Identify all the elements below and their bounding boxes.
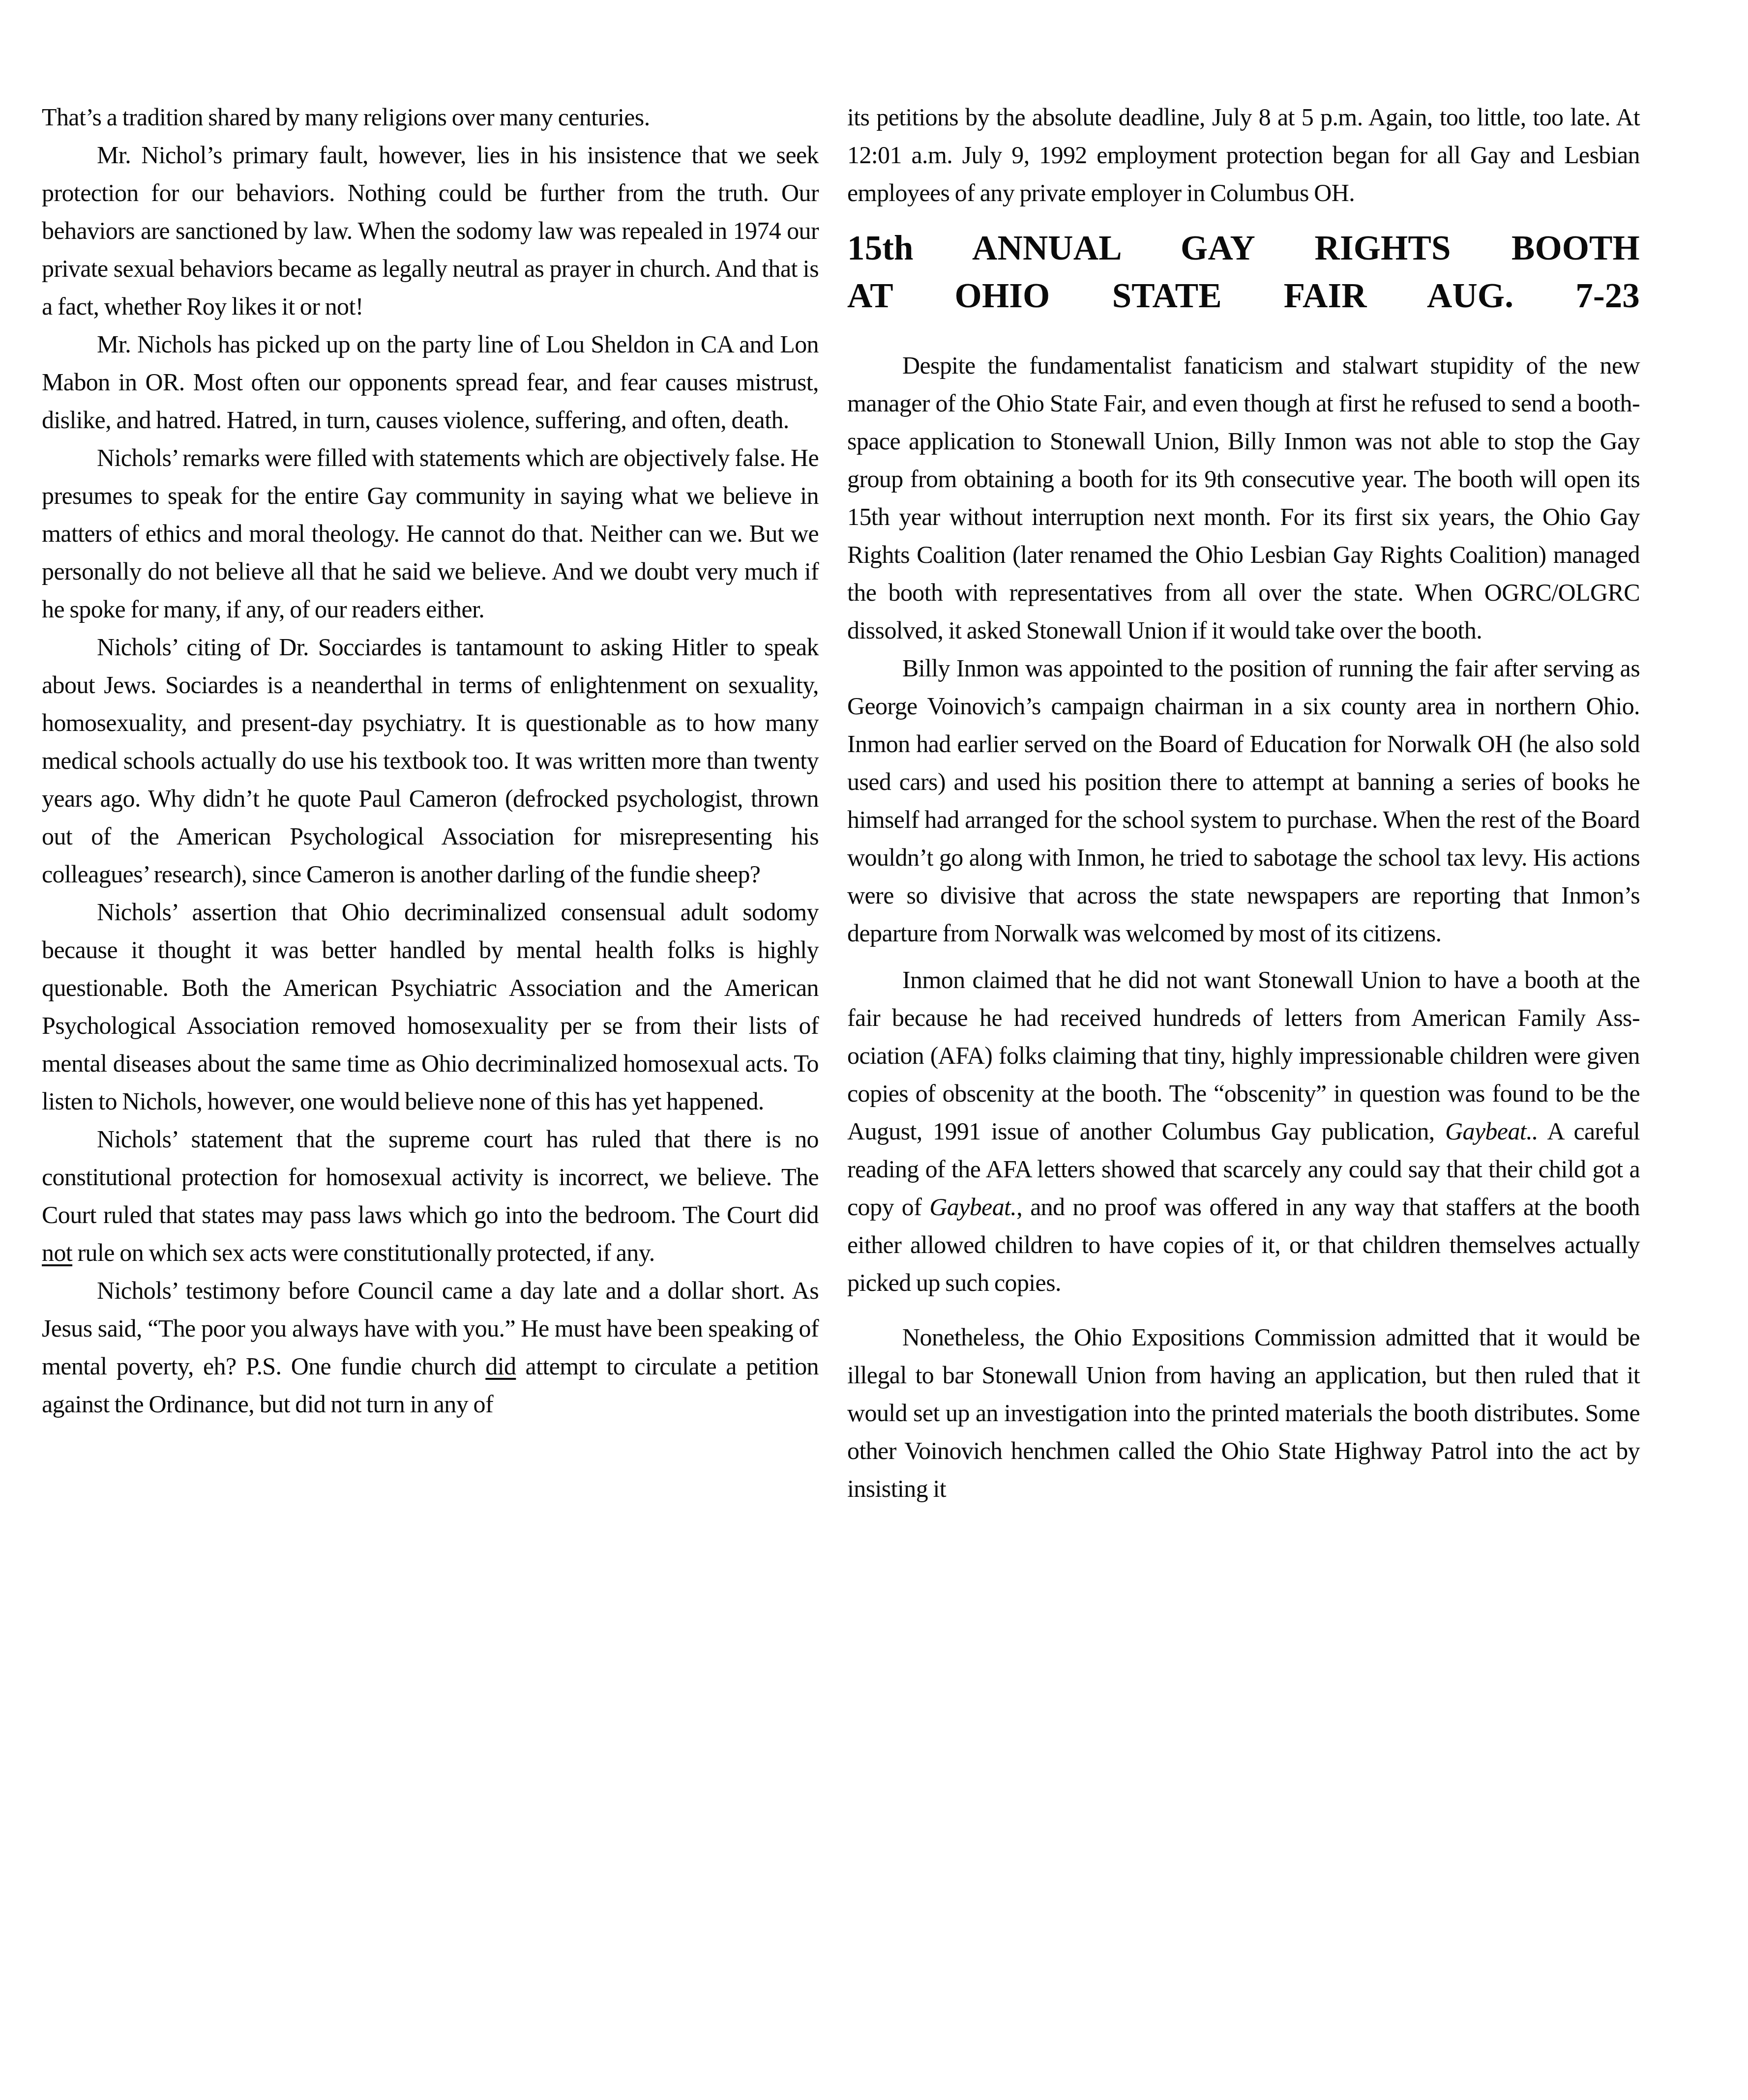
underlined-text: did: [485, 1352, 516, 1380]
paragraph: Nichols’ testimony before Council came a…: [42, 1272, 819, 1423]
text-segment: Billy Inmon was appointed to the positio…: [847, 654, 1640, 947]
paragraph: Mr. Nichol’s primary fault, however, lie…: [42, 136, 819, 325]
italic-title-text: Gaybeat.: [929, 1193, 1016, 1221]
paragraph: Despite the fundamentalist fanaticism an…: [847, 347, 1640, 649]
text-segment: Despite the fundamentalist fanaticism an…: [847, 351, 1640, 644]
section-heading: 15th ANNUAL GAY RIGHTS BOOTH AT OHIO STA…: [847, 225, 1640, 320]
right-column-top: its petitions by the absolute deadline, …: [847, 98, 1640, 212]
paragraph: Nichols’ statement that the supreme cour…: [42, 1120, 819, 1272]
heading-line-1: 15th ANNUAL GAY RIGHTS BOOTH: [847, 225, 1640, 272]
text-segment: Mr. Nichols has picked up on the party l…: [42, 330, 819, 434]
paragraph: Nonetheless, the Ohio Expositions Commis…: [847, 1318, 1640, 1508]
text-segment: That’s a tradition shared by many religi…: [42, 103, 650, 131]
italic-title-text: Gaybeat..: [1445, 1117, 1538, 1145]
right-column-bottom: Despite the fundamentalist fanaticism an…: [847, 347, 1640, 1508]
paragraph: Nichols’ remarks were filled with statem…: [42, 439, 819, 628]
paragraph: its petitions by the absolute deadline, …: [847, 98, 1640, 212]
article-body: That’s a tradition shared by many religi…: [42, 98, 1640, 1508]
document-page: That’s a tradition shared by many religi…: [0, 0, 1748, 2100]
text-segment: Nichols’ citing of Dr. Socciardes is tan…: [42, 633, 819, 888]
paragraph: Mr. Nichols has picked up on the party l…: [42, 325, 819, 439]
text-segment: Nonetheless, the Ohio Expositions Commis…: [847, 1323, 1640, 1502]
paragraph: Nichols’ assertion that Ohio decriminali…: [42, 893, 819, 1120]
paragraph: Nichols’ citing of Dr. Socciardes is tan…: [42, 628, 819, 893]
text-segment: its petitions by the absolute deadline, …: [847, 103, 1640, 206]
paragraph: Inmon claimed that he did not want Stone…: [847, 961, 1640, 1302]
text-segment: Mr. Nichol’s primary fault, however, lie…: [42, 141, 819, 320]
paragraph: Billy Inmon was appointed to the positio…: [847, 649, 1640, 952]
left-column: That’s a tradition shared by many religi…: [42, 98, 819, 1508]
paragraph: That’s a tradition shared by many religi…: [42, 98, 819, 136]
text-segment: Nichols’ statement that the supreme cour…: [42, 1125, 819, 1228]
text-segment: rule on which sex acts were constitution…: [72, 1239, 655, 1266]
text-segment: Nichols’ assertion that Ohio decriminali…: [42, 898, 819, 1115]
text-segment: Nichols’ remarks were filled with statem…: [42, 444, 819, 623]
heading-line-2: AT OHIO STATE FAIR AUG. 7-23: [847, 272, 1640, 320]
right-column: its petitions by the absolute deadline, …: [847, 98, 1640, 1508]
underlined-text: not: [42, 1239, 72, 1266]
